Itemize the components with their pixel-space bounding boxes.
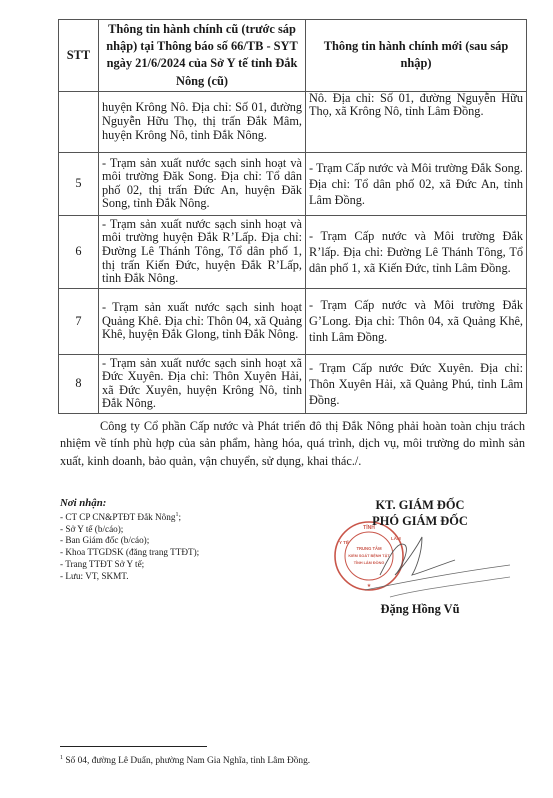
row-stt: 7 [59,288,99,354]
handwritten-signature-icon [360,525,520,605]
row-new-info: - Trạm Cấp nước và Môi trường Đắk G’Long… [306,288,527,354]
table-row: 5 - Trạm sản xuất nước sạch sinh hoạt và… [59,152,527,215]
recipients-title: Nơi nhận: [60,497,300,510]
footnote: 1 Số 04, đường Lê Duẩn, phường Nam Gia N… [60,752,310,767]
recipient-item: - CT CP CN&PTĐT Đắk Nông1; [60,510,300,524]
row-old-info: - Trạm sản xuất nước sạch sinh hoạt và m… [99,152,306,215]
recipient-item: - Khoa TTGDSK (đăng trang TTĐT); [60,547,300,559]
row-stt: 8 [59,354,99,413]
row-stt: 6 [59,215,99,288]
table-row: 7 - Trạm sản xuất nước sạch sinh hoạt Qu… [59,288,527,354]
admin-info-table: STT Thông tin hành chính cũ (trước sáp n… [58,19,527,414]
header-stt: STT [59,20,99,92]
row-new-info: - Trạm Cấp nước và Môi trường Đắk R’lấp.… [306,215,527,288]
footnote-divider [60,746,207,747]
row-old-info: - Trạm sản xuất nước sạch sinh hoạt xã Đ… [99,354,306,413]
row-old-info: - Trạm sản xuất nước sạch sinh hoạt Quản… [99,288,306,354]
row-stt [59,91,99,152]
table-row: huyện Krông Nô. Địa chỉ: Số 01, đường Ng… [59,91,527,152]
row-new-info: - Trạm Cấp nước và Môi trường Đắk Song. … [306,152,527,215]
table-row: 6 - Trạm sản xuất nước sạch sinh hoạt và… [59,215,527,288]
svg-text:Y TẾ: Y TẾ [339,539,349,545]
row-old-info: - Trạm sản xuất nước sạch sinh hoạt và m… [99,215,306,288]
recipients-block: Nơi nhận: - CT CP CN&PTĐT Đắk Nông1; - S… [60,497,300,582]
recipient-item: - Trang TTĐT Sở Y tế; [60,559,300,571]
recipient-item: - Ban Giám đốc (b/cáo); [60,535,300,547]
signature-title-1: KT. GIÁM ĐỐC [320,497,520,513]
closing-paragraph: Công ty Cổ phần Cấp nước và Phát triển đ… [60,418,525,470]
recipient-item: - Lưu: VT, SKMT. [60,571,300,583]
footnote-text: Số 04, đường Lê Duẩn, phường Nam Gia Ngh… [63,756,310,766]
row-new-info: Nô. Địa chỉ: Số 01, đường Nguyễn Hữu Thọ… [306,91,527,152]
row-stt: 5 [59,152,99,215]
table-header-row: STT Thông tin hành chính cũ (trước sáp n… [59,20,527,92]
recipient-text: - CT CP CN&PTĐT Đắk Nông [60,512,175,522]
recipient-item: - Sở Y tế (b/cáo); [60,524,300,536]
header-old-info: Thông tin hành chính cũ (trước sáp nhập)… [99,20,306,92]
document-page: STT Thông tin hành chính cũ (trước sáp n… [0,0,553,798]
row-old-info: huyện Krông Nô. Địa chỉ: Số 01, đường Ng… [99,91,306,152]
table-row: 8 - Trạm sản xuất nước sạch sinh hoạt xã… [59,354,527,413]
recipient-suffix: ; [178,512,181,522]
header-new-info: Thông tin hành chính mới (sau sáp nhập) [306,20,527,92]
row-new-info: - Trạm Cấp nước Đức Xuyên. Địa chỉ: Thôn… [306,354,527,413]
